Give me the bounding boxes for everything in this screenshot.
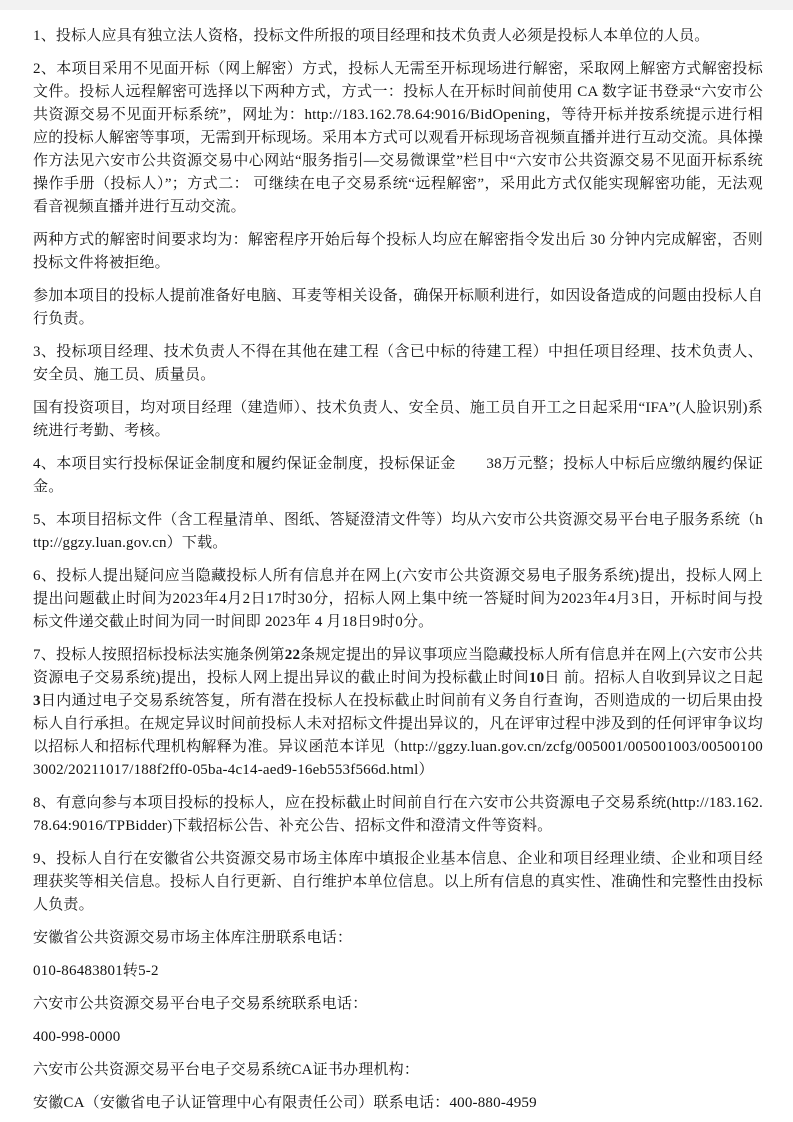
para-equipment-preparation: 参加本项目的投标人提前准备好电脑、耳麦等相关设备，确保开标顺利进行，如因设备造成…: [33, 285, 763, 331]
para-5-document-download: 5、本项目招标文件（含工程量清单、图纸、答疑澄清文件等）均从六安市公共资源交易平…: [33, 509, 763, 555]
para-2-remote-bid-opening: 2、本项目采用不见面开标（网上解密）方式，投标人无需至开标现场进行解密，采取网上…: [33, 58, 763, 219]
scan-edge-strip: [0, 0, 793, 10]
para-3-personnel-restriction: 3、投标项目经理、技术负责人不得在其他在建工程（含已中标的待建工程）中担任项目经…: [33, 341, 763, 387]
para-7-objection-procedure: 7、投标人按照招标投标法实施条例第22条规定提出的异议事项应当隐藏投标人所有信息…: [33, 644, 763, 782]
contact-label-provincial-registry: 安徽省公共资源交易市场主体库注册联系电话：: [33, 927, 763, 950]
para-decryption-time-requirement: 两种方式的解密时间要求均为：解密程序开始后每个投标人均应在解密指令发出后 30 …: [33, 229, 763, 275]
contact-phone-trading-system: 400-998-0000: [33, 1026, 763, 1049]
contact-label-trading-system: 六安市公共资源交易平台电子交易系统联系电话：: [33, 993, 763, 1016]
para-4-bid-deposit: 4、本项目实行投标保证金制度和履约保证金制度，投标保证金 38万元整；投标人中标…: [33, 453, 763, 499]
para-9-market-subject-library: 9、投标人自行在安徽省公共资源交易市场主体库中填报企业基本信息、企业和项目经理业…: [33, 848, 763, 917]
para-1-bidder-qualification: 1、投标人应具有独立法人资格，投标文件所报的项目经理和技术负责人必须是投标人本单…: [33, 25, 763, 48]
contact-phone-ca-agency: 安徽CA（安徽省电子认证管理中心有限责任公司）联系电话：400-880-4959: [33, 1092, 763, 1115]
para-state-invested-ifa: 国有投资项目，均对项目经理（建造师）、技术负责人、安全员、施工员自开工之日起采用…: [33, 397, 763, 443]
para-8-download-announcements: 8、有意向参与本项目投标的投标人，应在投标截止时间前自行在六安市公共资源电子交易…: [33, 792, 763, 838]
contact-label-ca-agency: 六安市公共资源交易平台电子交易系统CA证书办理机构：: [33, 1059, 763, 1082]
document-page: 1、投标人应具有独立法人资格，投标文件所报的项目经理和技术负责人必须是投标人本单…: [0, 0, 793, 1122]
contact-phone-provincial-registry: 010-86483801转5-2: [33, 960, 763, 983]
para-6-question-deadline: 6、投标人提出疑问应当隐藏投标人所有信息并在网上(六安市公共资源交易电子服务系统…: [33, 565, 763, 634]
document-content: 1、投标人应具有独立法人资格，投标文件所报的项目经理和技术负责人必须是投标人本单…: [0, 0, 793, 1115]
